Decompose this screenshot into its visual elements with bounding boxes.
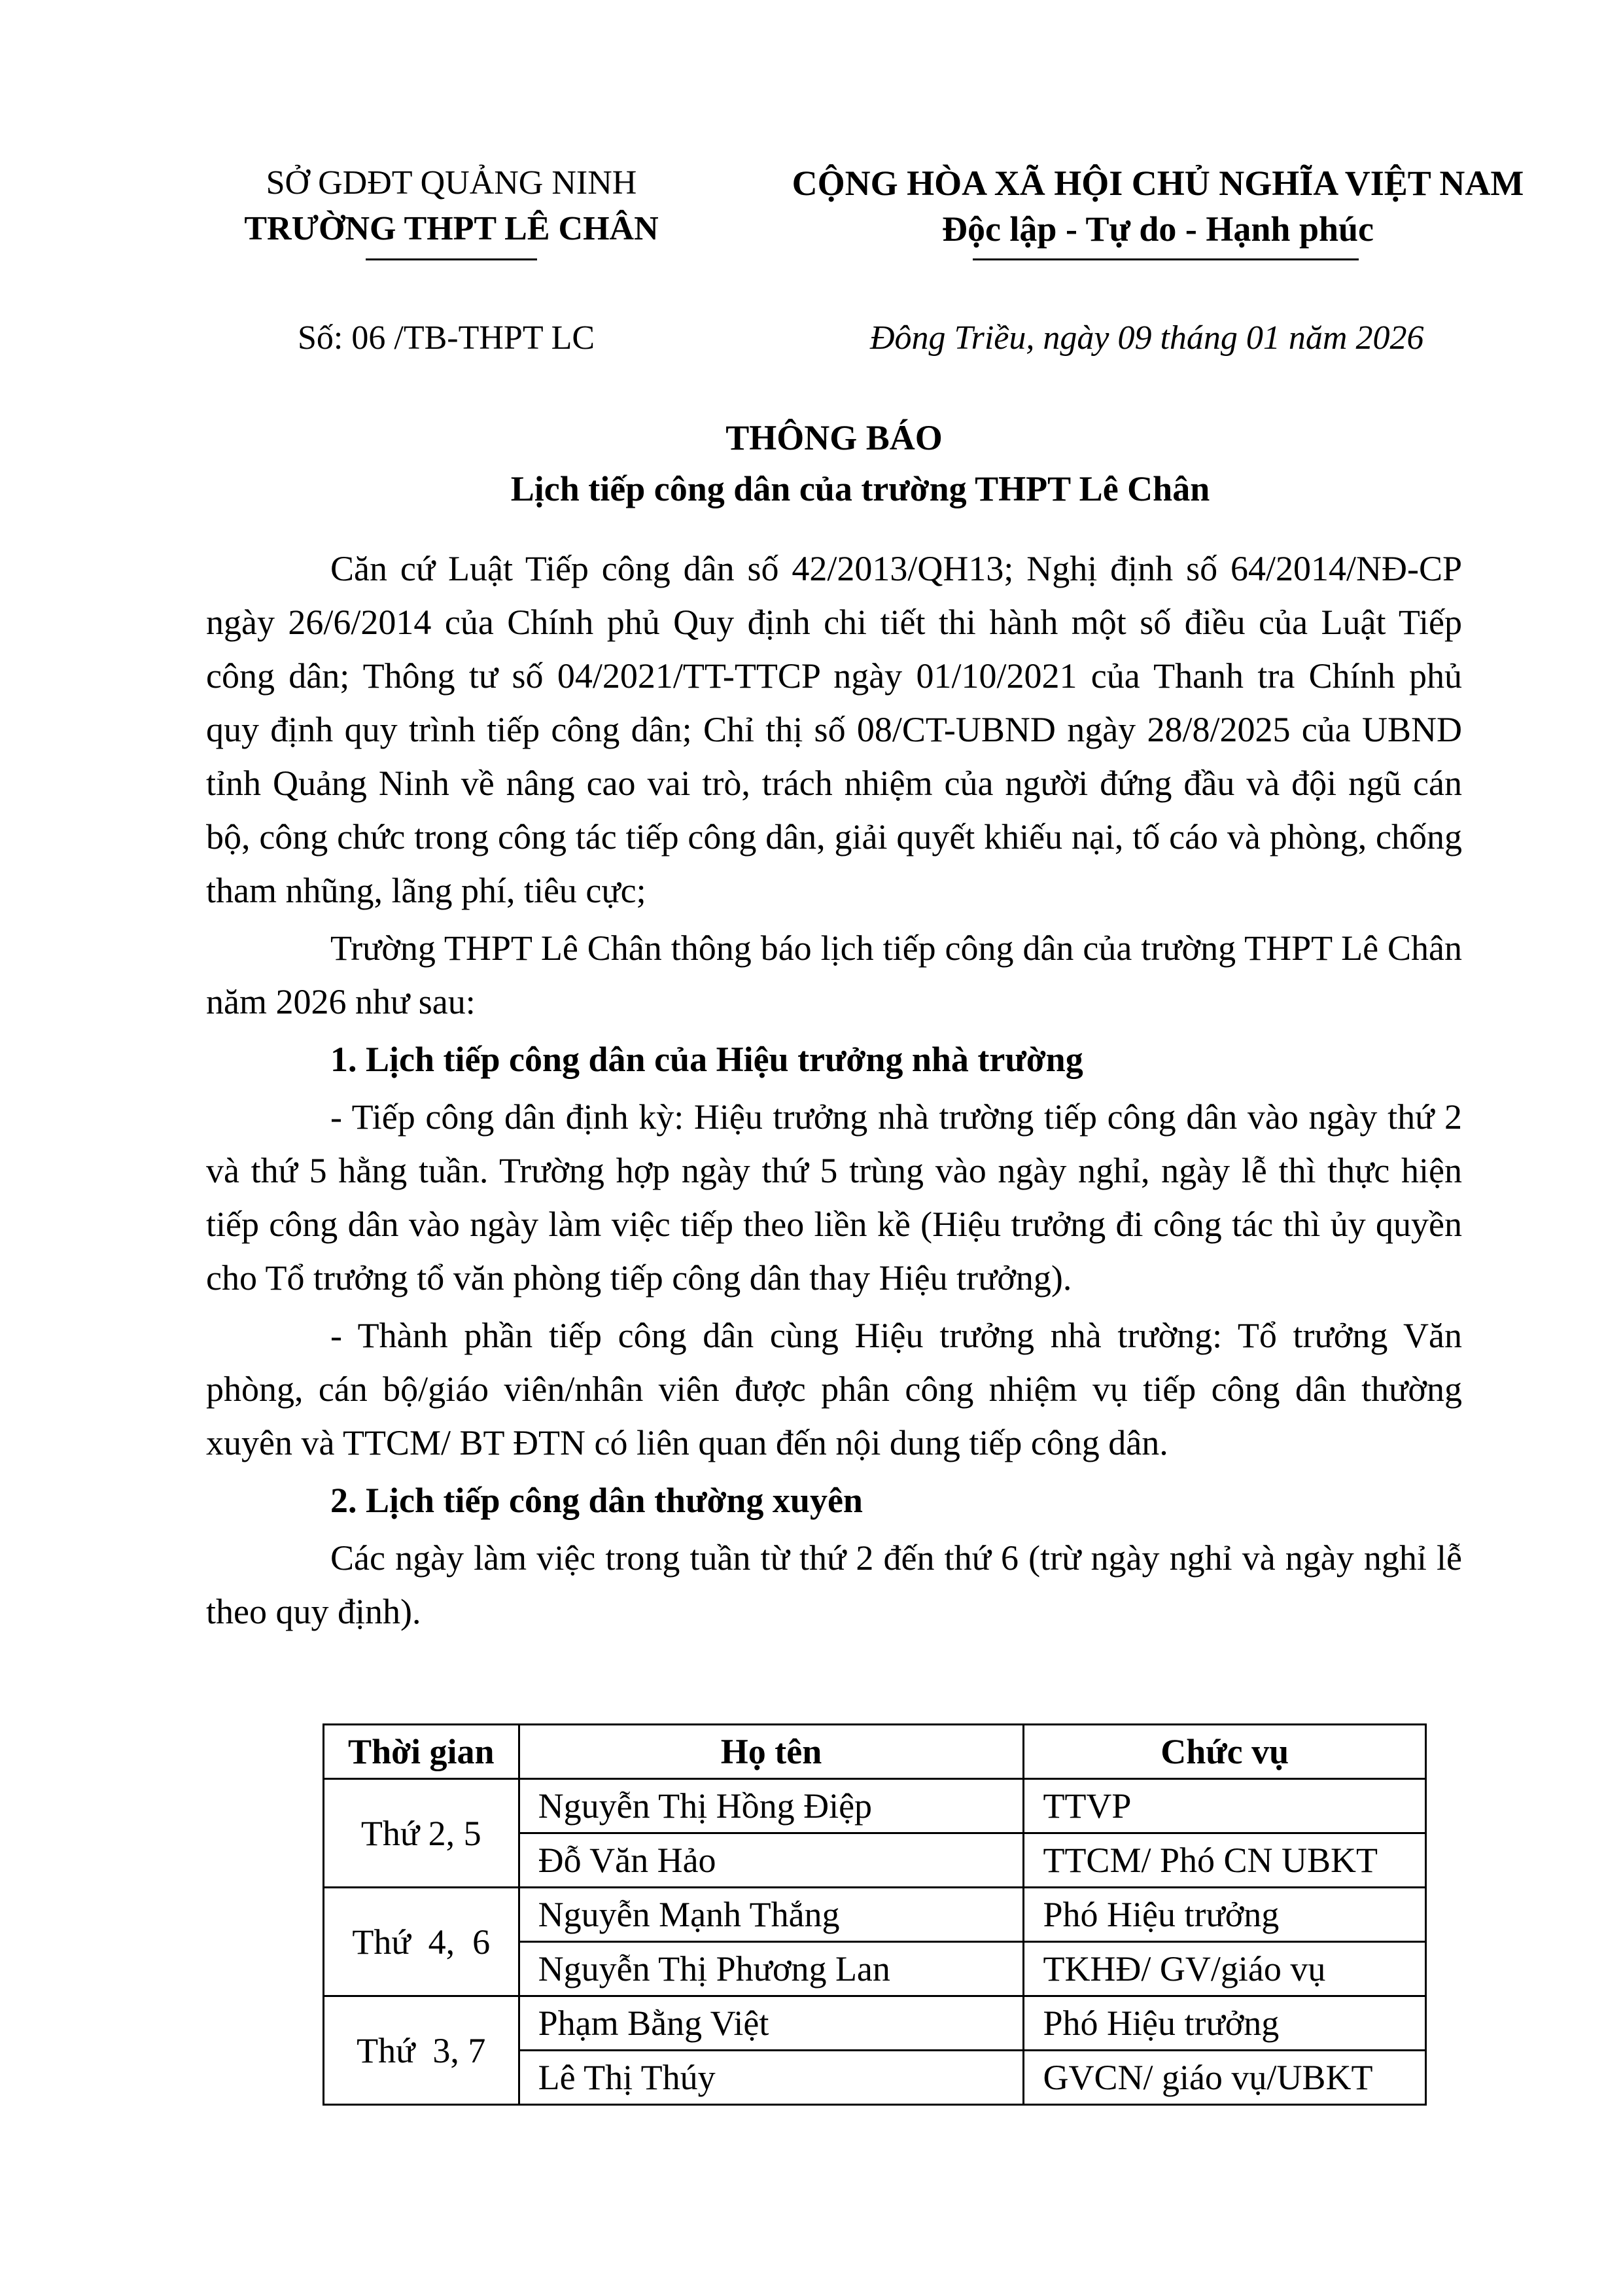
national-heading-block: CỘNG HÒA XÃ HỘI CHỦ NGHĨA VIỆT NAM Độc l… xyxy=(765,160,1550,260)
issuing-authority-block: SỞ GDĐT QUẢNG NINH TRƯỜNG THPT LÊ CHÂN xyxy=(216,160,687,260)
national-title: CỘNG HÒA XÃ HỘI CHỦ NGHĨA VIỆT NAM xyxy=(765,160,1550,206)
column-header-name: Họ tên xyxy=(519,1725,1024,1779)
role-cell: Phó Hiệu trưởng xyxy=(1024,1888,1426,1942)
schedule-table: Thời gian Họ tên Chức vụ Thứ 2, 5 Nguyễn… xyxy=(323,1723,1427,2106)
table-row: Thứ 3, 7 Phạm Bằng Việt Phó Hiệu trưởng xyxy=(324,1996,1426,2051)
document-number: Số: 06 /TB-THPT LC xyxy=(298,315,595,361)
role-cell: GVCN/ giáo vụ/UBKT xyxy=(1024,2051,1426,2105)
intro-paragraph: Trường THPT Lê Chân thông báo lịch tiếp … xyxy=(206,921,1462,1029)
name-cell: Đỗ Văn Hảo xyxy=(519,1833,1024,1888)
document-title-block: THÔNG BÁO Lịch tiếp công dân của trường … xyxy=(196,412,1472,514)
document-body: Căn cứ Luật Tiếp công dân số 42/2013/QH1… xyxy=(206,542,1462,1642)
document-page: SỞ GDĐT QUẢNG NINH TRƯỜNG THPT LÊ CHÂN C… xyxy=(0,0,1623,2296)
time-cell: Thứ 3, 7 xyxy=(324,1996,519,2105)
time-cell: Thứ 4, 6 xyxy=(324,1888,519,1996)
school-name: TRƯỜNG THPT LÊ CHÂN xyxy=(216,206,687,252)
role-cell: TKHĐ/ GV/giáo vụ xyxy=(1024,1942,1426,1996)
place-and-date: Đông Triều, ngày 09 tháng 01 năm 2026 xyxy=(870,315,1423,361)
national-motto: Độc lập - Tự do - Hạnh phúc xyxy=(942,206,1374,252)
table-header-row: Thời gian Họ tên Chức vụ xyxy=(324,1725,1426,1779)
name-cell: Lê Thị Thúy xyxy=(519,2051,1024,2105)
role-cell: Phó Hiệu trưởng xyxy=(1024,1996,1426,2051)
column-header-time: Thời gian xyxy=(324,1725,519,1779)
document-title: THÔNG BÁO xyxy=(196,412,1472,463)
name-cell: Nguyễn Mạnh Thắng xyxy=(519,1888,1024,1942)
role-cell: TTVP xyxy=(1024,1779,1426,1833)
legal-basis-paragraph: Căn cứ Luật Tiếp công dân số 42/2013/QH1… xyxy=(206,542,1462,917)
document-subtitle: Lịch tiếp công dân của trường THPT Lê Ch… xyxy=(196,463,1472,514)
school-name-underline xyxy=(366,258,537,260)
name-cell: Nguyễn Thị Hồng Điệp xyxy=(519,1779,1024,1833)
motto-underline xyxy=(973,258,1359,260)
table-row: Thứ 2, 5 Nguyễn Thị Hồng Điệp TTVP xyxy=(324,1779,1426,1833)
department-name: SỞ GDĐT QUẢNG NINH xyxy=(216,160,687,206)
section-1-item-1: - Tiếp công dân định kỳ: Hiệu trưởng nhà… xyxy=(206,1090,1462,1305)
section-2-paragraph: Các ngày làm việc trong tuần từ thứ 2 đế… xyxy=(206,1531,1462,1638)
role-cell: TTCM/ Phó CN UBKT xyxy=(1024,1833,1426,1888)
section-1-item-2: - Thành phần tiếp công dân cùng Hiệu trư… xyxy=(206,1309,1462,1470)
table-row: Thứ 4, 6 Nguyễn Mạnh Thắng Phó Hiệu trưở… xyxy=(324,1888,1426,1942)
time-cell: Thứ 2, 5 xyxy=(324,1779,519,1888)
name-cell: Nguyễn Thị Phương Lan xyxy=(519,1942,1024,1996)
column-header-role: Chức vụ xyxy=(1024,1725,1426,1779)
name-cell: Phạm Bằng Việt xyxy=(519,1996,1024,2051)
section-2-heading: 2. Lịch tiếp công dân thường xuyên xyxy=(206,1474,1462,1527)
section-1-heading: 1. Lịch tiếp công dân của Hiệu trưởng nh… xyxy=(206,1033,1462,1086)
